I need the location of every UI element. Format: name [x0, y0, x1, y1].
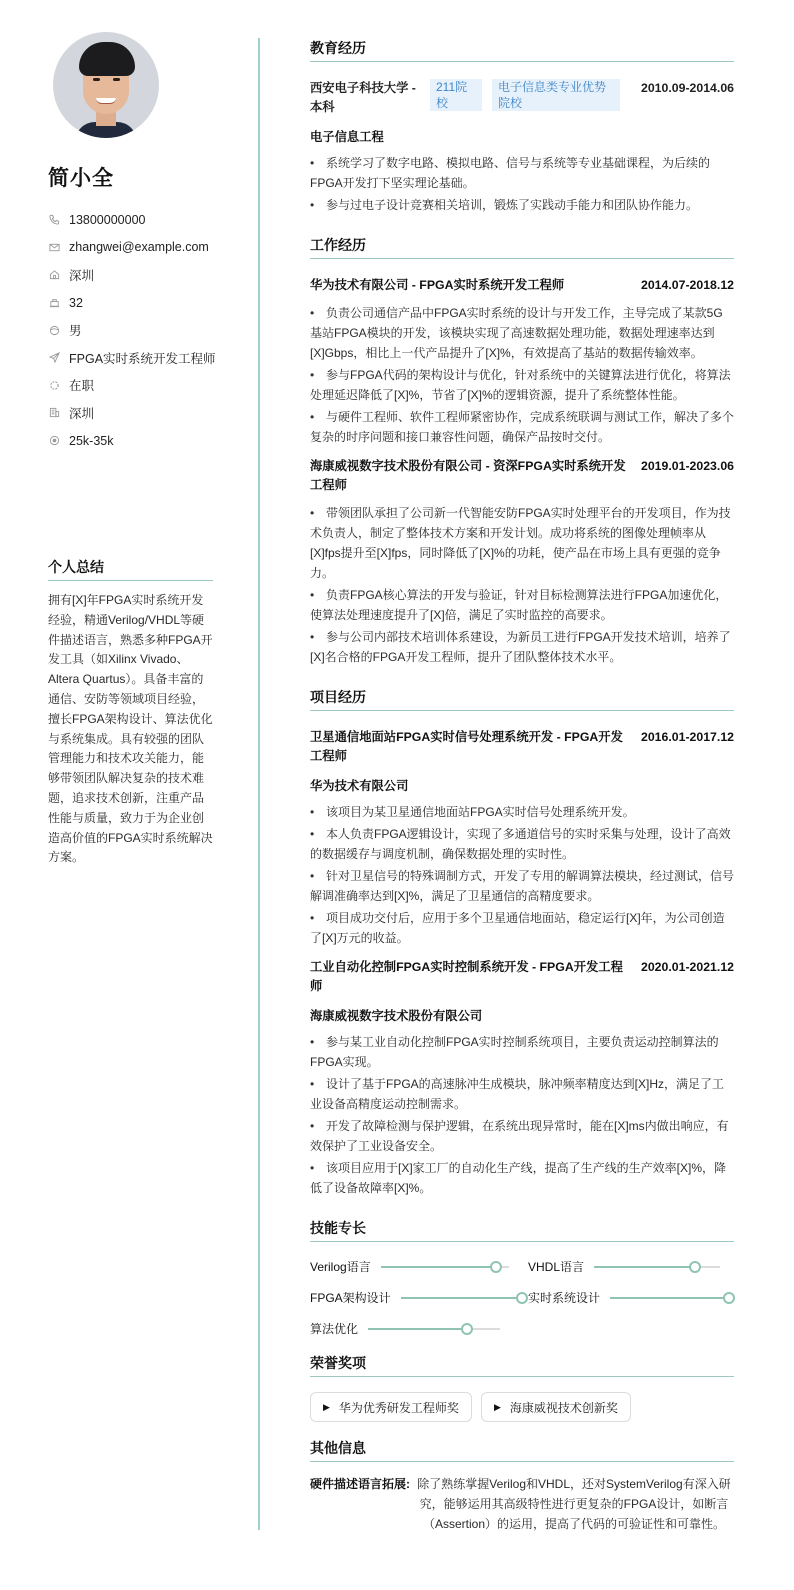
skill-bar: [381, 1266, 509, 1268]
bullet-item: 该项目应用于[X]家工厂的自动化生产线，提高了生产线的生产效率[X]%，降低了设…: [310, 1158, 734, 1198]
skill-item: 实时系统设计: [528, 1287, 734, 1308]
info-gender: 男: [48, 316, 216, 344]
triangle-right-icon: ▶: [494, 1402, 501, 1413]
skill-knob: [689, 1261, 701, 1273]
info-email: zhangwei@example.com: [48, 234, 216, 262]
bullet-item: 负责公司通信产品中FPGA实时系统的设计与开发工作，主导完成了某款5G基站FPG…: [310, 303, 734, 363]
summary-text: 拥有[X]年FPGA实时系统开发经验，精通Verilog/VHDL等硬件描述语言…: [48, 591, 213, 868]
project-company: 海康威视数字技术股份有限公司: [310, 1006, 734, 1024]
info-phone: 13800000000: [48, 206, 216, 234]
job-bullets: 负责公司通信产品中FPGA实时系统的设计与开发工作，主导完成了某款5G基站FPG…: [310, 303, 734, 447]
skill-name: 实时系统设计: [528, 1289, 600, 1306]
skill-item: Verilog语言: [310, 1256, 528, 1277]
salary-icon: [48, 435, 60, 447]
education-heading: 教育经历: [310, 38, 734, 62]
status-icon: [48, 379, 60, 391]
job-header: 华为技术有限公司 - FPGA实时系统开发工程师 2014.07-2018.12: [310, 276, 734, 295]
skill-name: VHDL语言: [528, 1258, 584, 1275]
project-title: 工业自动化控制FPGA实时控制系统开发 - FPGA开发工程师: [310, 958, 641, 996]
job-date: 2014.07-2018.12: [641, 276, 734, 295]
skill-item: 算法优化: [310, 1318, 528, 1339]
bullet-item: 带领团队承担了公司新一代智能安防FPGA实时处理平台的开发项目，作为技术负责人，…: [310, 503, 734, 583]
project-title: 卫星通信地面站FPGA实时信号处理系统开发 - FPGA开发工程师: [310, 728, 641, 766]
projects-heading: 项目经历: [310, 687, 734, 711]
triangle-right-icon: ▶: [323, 1402, 330, 1413]
skills-heading: 技能专长: [310, 1218, 734, 1242]
job-title: 海康威视数字技术股份有限公司 - 资深FPGA实时系统开发工程师: [310, 457, 641, 495]
skill-bar: [368, 1328, 500, 1330]
info-position: FPGA实时系统开发工程师: [48, 344, 216, 372]
avatar: [53, 32, 159, 138]
project-company: 华为技术有限公司: [310, 776, 734, 794]
phone-icon: [48, 214, 60, 226]
send-icon: [48, 352, 60, 364]
bullet-item: 开发了故障检测与保护逻辑，在系统出现异常时，能在[X]ms内做出响应，有效保护了…: [310, 1116, 734, 1156]
info-city: 深圳: [48, 261, 216, 289]
award-item[interactable]: ▶ 华为优秀研发工程师奖: [310, 1392, 472, 1422]
job-bullets: 带领团队承担了公司新一代智能安防FPGA实时处理平台的开发项目，作为技术负责人，…: [310, 503, 734, 667]
project-header: 卫星通信地面站FPGA实时信号处理系统开发 - FPGA开发工程师 2016.0…: [310, 728, 734, 766]
skill-name: FPGA架构设计: [310, 1289, 391, 1306]
other-info-row: 硬件描述语言拓展: 除了熟练掌握Verilog和VHDL，还对SystemVer…: [310, 1474, 734, 1534]
project-header: 工业自动化控制FPGA实时控制系统开发 - FPGA开发工程师 2020.01-…: [310, 958, 734, 996]
school-tag: 电子信息类专业优势院校: [492, 79, 620, 111]
summary-section: 个人总结 拥有[X]年FPGA实时系统开发经验，精通Verilog/VHDL等硬…: [48, 557, 213, 868]
projects-section: 项目经历 卫星通信地面站FPGA实时信号处理系统开发 - FPGA开发工程师 2…: [310, 687, 734, 1198]
project-date: 2020.01-2021.12: [641, 958, 734, 977]
school-tag: 211院校: [430, 79, 482, 111]
mail-icon: [48, 241, 60, 253]
skill-bar: [610, 1297, 734, 1299]
other-heading: 其他信息: [310, 1438, 734, 1462]
bullet-item: 参与FPGA代码的架构设计与优化，针对系统中的关键算法进行优化，将算法处理延迟降…: [310, 365, 734, 405]
work-heading: 工作经历: [310, 235, 734, 259]
bullet-item: 设计了基于FPGA的高速脉冲生成模块，脉冲频率精度达到[X]Hz，满足了工业设备…: [310, 1074, 734, 1114]
skill-knob: [516, 1292, 528, 1304]
info-age: 32: [48, 289, 216, 317]
awards-list: ▶ 华为优秀研发工程师奖 ▶ 海康威视技术创新奖: [310, 1392, 734, 1422]
skill-knob: [723, 1292, 735, 1304]
education-header: 西安电子科技大学 - 本科 211院校 电子信息类专业优势院校 2010.09-…: [310, 79, 734, 117]
bullet-item: 参与某工业自动化控制FPGA实时控制系统项目，主要负责运动控制算法的FPGA实现…: [310, 1032, 734, 1072]
gender-icon: [48, 324, 60, 336]
education-bullets: 系统学习了数字电路、模拟电路、信号与系统等专业基础课程，为后续的FPGA开发打下…: [310, 153, 734, 215]
education-date: 2010.09-2014.06: [641, 79, 734, 98]
bullet-item: 项目成功交付后，应用于多个卫星通信地面站，稳定运行[X]年，为公司创造了[X]万…: [310, 908, 734, 948]
skills-section: 技能专长 Verilog语言 VHDL语言 FPGA架构设计 实时系统设计 算法…: [310, 1218, 734, 1339]
project-date: 2016.01-2017.12: [641, 728, 734, 747]
skills-grid: Verilog语言 VHDL语言 FPGA架构设计 实时系统设计 算法优化: [310, 1256, 734, 1339]
bullet-item: 负责FPGA核心算法的开发与验证，针对目标检测算法进行FPGA加速优化，使算法处…: [310, 585, 734, 625]
skill-knob: [461, 1323, 473, 1335]
major: 电子信息工程: [310, 127, 734, 145]
bullet-item: 系统学习了数字电路、模拟电路、信号与系统等专业基础课程，为后续的FPGA开发打下…: [310, 153, 734, 193]
school-name: 西安电子科技大学 - 本科: [310, 79, 418, 117]
skill-item: FPGA架构设计: [310, 1287, 528, 1308]
education-section: 教育经历 西安电子科技大学 - 本科 211院校 电子信息类专业优势院校 201…: [310, 38, 734, 215]
other-info-value: 除了熟练掌握Verilog和VHDL，还对SystemVerilog有深入研究，…: [410, 1474, 734, 1534]
project-bullets: 参与某工业自动化控制FPGA实时控制系统项目，主要负责运动控制算法的FPGA实现…: [310, 1032, 734, 1198]
column-divider: [258, 38, 260, 1530]
other-section: 其他信息 硬件描述语言拓展: 除了熟练掌握Verilog和VHDL，还对Syst…: [310, 1438, 734, 1534]
info-status: 在职: [48, 372, 216, 400]
job-header: 海康威视数字技术股份有限公司 - 资深FPGA实时系统开发工程师 2019.01…: [310, 457, 734, 495]
skill-item: VHDL语言: [528, 1256, 734, 1277]
job-title: 华为技术有限公司 - FPGA实时系统开发工程师: [310, 276, 641, 295]
skill-bar: [594, 1266, 720, 1268]
awards-heading: 荣誉奖项: [310, 1353, 734, 1377]
other-info-key: 硬件描述语言拓展:: [310, 1474, 410, 1534]
bullet-item: 针对卫星信号的特殊调制方式，开发了专用的解调算法模块，经过测试，信号解调准确率达…: [310, 866, 734, 906]
skill-knob: [490, 1261, 502, 1273]
skill-bar: [401, 1297, 528, 1299]
skill-name: Verilog语言: [310, 1258, 371, 1275]
candidate-name: 简小全: [48, 162, 216, 192]
main-column: 教育经历 西安电子科技大学 - 本科 211院校 电子信息类专业优势院校 201…: [310, 38, 734, 1554]
award-item[interactable]: ▶ 海康威视技术创新奖: [481, 1392, 631, 1422]
summary-heading: 个人总结: [48, 557, 213, 581]
skill-name: 算法优化: [310, 1320, 358, 1337]
job-date: 2019.01-2023.06: [641, 457, 734, 476]
info-salary: 25k-35k: [48, 427, 216, 455]
bullet-item: 该项目为某卫星通信地面站FPGA实时信号处理系统开发。: [310, 802, 734, 822]
awards-section: 荣誉奖项 ▶ 华为优秀研发工程师奖 ▶ 海康威视技术创新奖: [310, 1353, 734, 1422]
info-work-city: 深圳: [48, 399, 216, 427]
bullet-item: 参与公司内部技术培训体系建设，为新员工进行FPGA开发技术培训，培养了[X]名合…: [310, 627, 734, 667]
home-icon: [48, 269, 60, 281]
bullet-item: 参与过电子设计竞赛相关培训，锻炼了实践动手能力和团队协作能力。: [310, 195, 734, 215]
building-icon: [48, 407, 60, 419]
bullet-item: 与硬件工程师、软件工程师紧密协作，完成系统联调与测试工作，解决了多个复杂的时序问…: [310, 407, 734, 447]
contact-info-list: 13800000000 zhangwei@example.com 深圳 32 男…: [48, 206, 216, 454]
project-bullets: 该项目为某卫星通信地面站FPGA实时信号处理系统开发。 本人负责FPGA逻辑设计…: [310, 802, 734, 948]
age-icon: [48, 297, 60, 309]
bullet-item: 本人负责FPGA逻辑设计，实现了多通道信号的实时采集与处理，设计了高效的数据缓存…: [310, 824, 734, 864]
profile-column: 简小全 13800000000 zhangwei@example.com 深圳 …: [48, 32, 216, 454]
work-section: 工作经历 华为技术有限公司 - FPGA实时系统开发工程师 2014.07-20…: [310, 235, 734, 667]
